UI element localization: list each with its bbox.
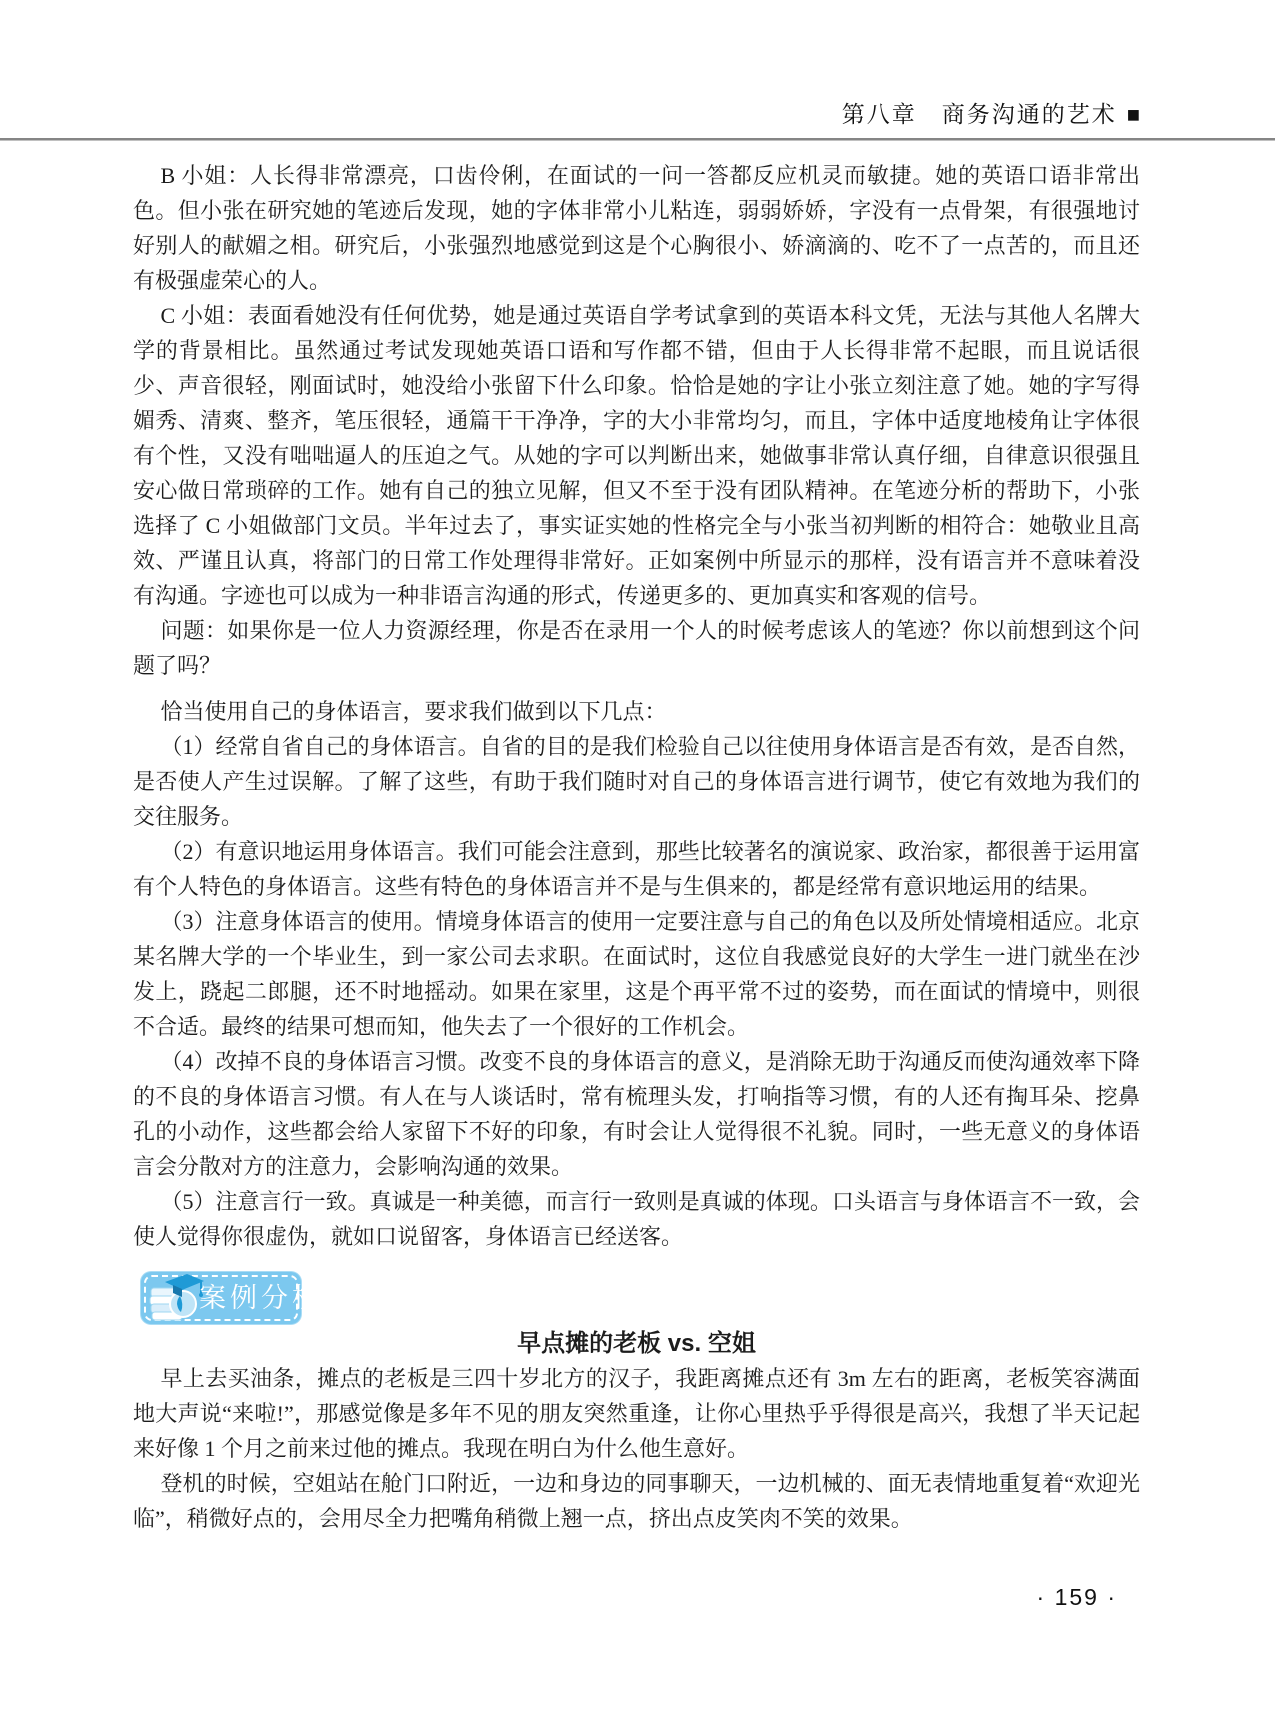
case-analysis-badge-row: 案例分析 bbox=[133, 1270, 1140, 1326]
case-paragraph: 早上去买油条，摊点的老板是三四十岁北方的汉子，我距离摊点还有 3m 左右的距离，… bbox=[133, 1361, 1140, 1466]
page-number: · 159 · bbox=[1037, 1584, 1117, 1611]
body-paragraph: （4）改掉不良的身体语言习惯。改变不良的身体语言的意义，是消除无助于沟通反而使沟… bbox=[133, 1044, 1140, 1184]
body-paragraph: B 小姐：人长得非常漂亮，口齿伶俐，在面试的一问一答都反应机灵而敏捷。她的英语口… bbox=[133, 158, 1140, 298]
running-header: 第八章 商务沟通的艺术■ bbox=[0, 0, 1275, 129]
case-heading: 早点摊的老板 vs. 空姐 bbox=[133, 1326, 1140, 1361]
body-paragraph: （3）注意身体语言的使用。情境身体语言的使用一定要注意与自己的角色以及所处情境相… bbox=[133, 904, 1140, 1044]
body-paragraph: （1）经常自省自己的身体语言。自省的目的是我们检验自己以往使用身体语言是否有效，… bbox=[133, 729, 1140, 834]
chapter-end-square: ■ bbox=[1127, 102, 1140, 127]
body-paragraph: C 小姐：表面看她没有任何优势，她是通过英语自学考试拿到的英语本科文凭，无法与其… bbox=[133, 298, 1140, 613]
body-paragraph: （2）有意识地运用身体语言。我们可能会注意到，那些比较著名的演说家、政治家，都很… bbox=[133, 834, 1140, 904]
case-analysis-badge-label: 案例分析 bbox=[199, 1272, 323, 1324]
body-paragraph: 问题：如果你是一位人力资源经理，你是否在录用一个人的时候考虑该人的笔迹？你以前想… bbox=[133, 613, 1140, 683]
case-paragraph: 登机的时候，空姐站在舱门口附近，一边和身边的同事聊天，一边机械的、面无表情地重复… bbox=[133, 1466, 1140, 1536]
body-paragraph: （5）注意言行一致。真诚是一种美德，而言行一致则是真诚的体现。口头语言与身体语言… bbox=[133, 1184, 1140, 1254]
body-paragraph: 恰当使用自己的身体语言，要求我们做到以下几点： bbox=[133, 694, 1140, 729]
case-analysis-badge: 案例分析 bbox=[141, 1272, 301, 1324]
books-graduation-cap-icon bbox=[147, 1264, 205, 1326]
book-page: 第八章 商务沟通的艺术■ B 小姐：人长得非常漂亮，口齿伶俐，在面试的一问一答都… bbox=[0, 0, 1275, 1718]
chapter-title: 第八章 商务沟通的艺术 bbox=[842, 102, 1117, 127]
main-text-block: B 小姐：人长得非常漂亮，口齿伶俐，在面试的一问一答都反应机灵而敏捷。她的英语口… bbox=[133, 141, 1140, 1536]
